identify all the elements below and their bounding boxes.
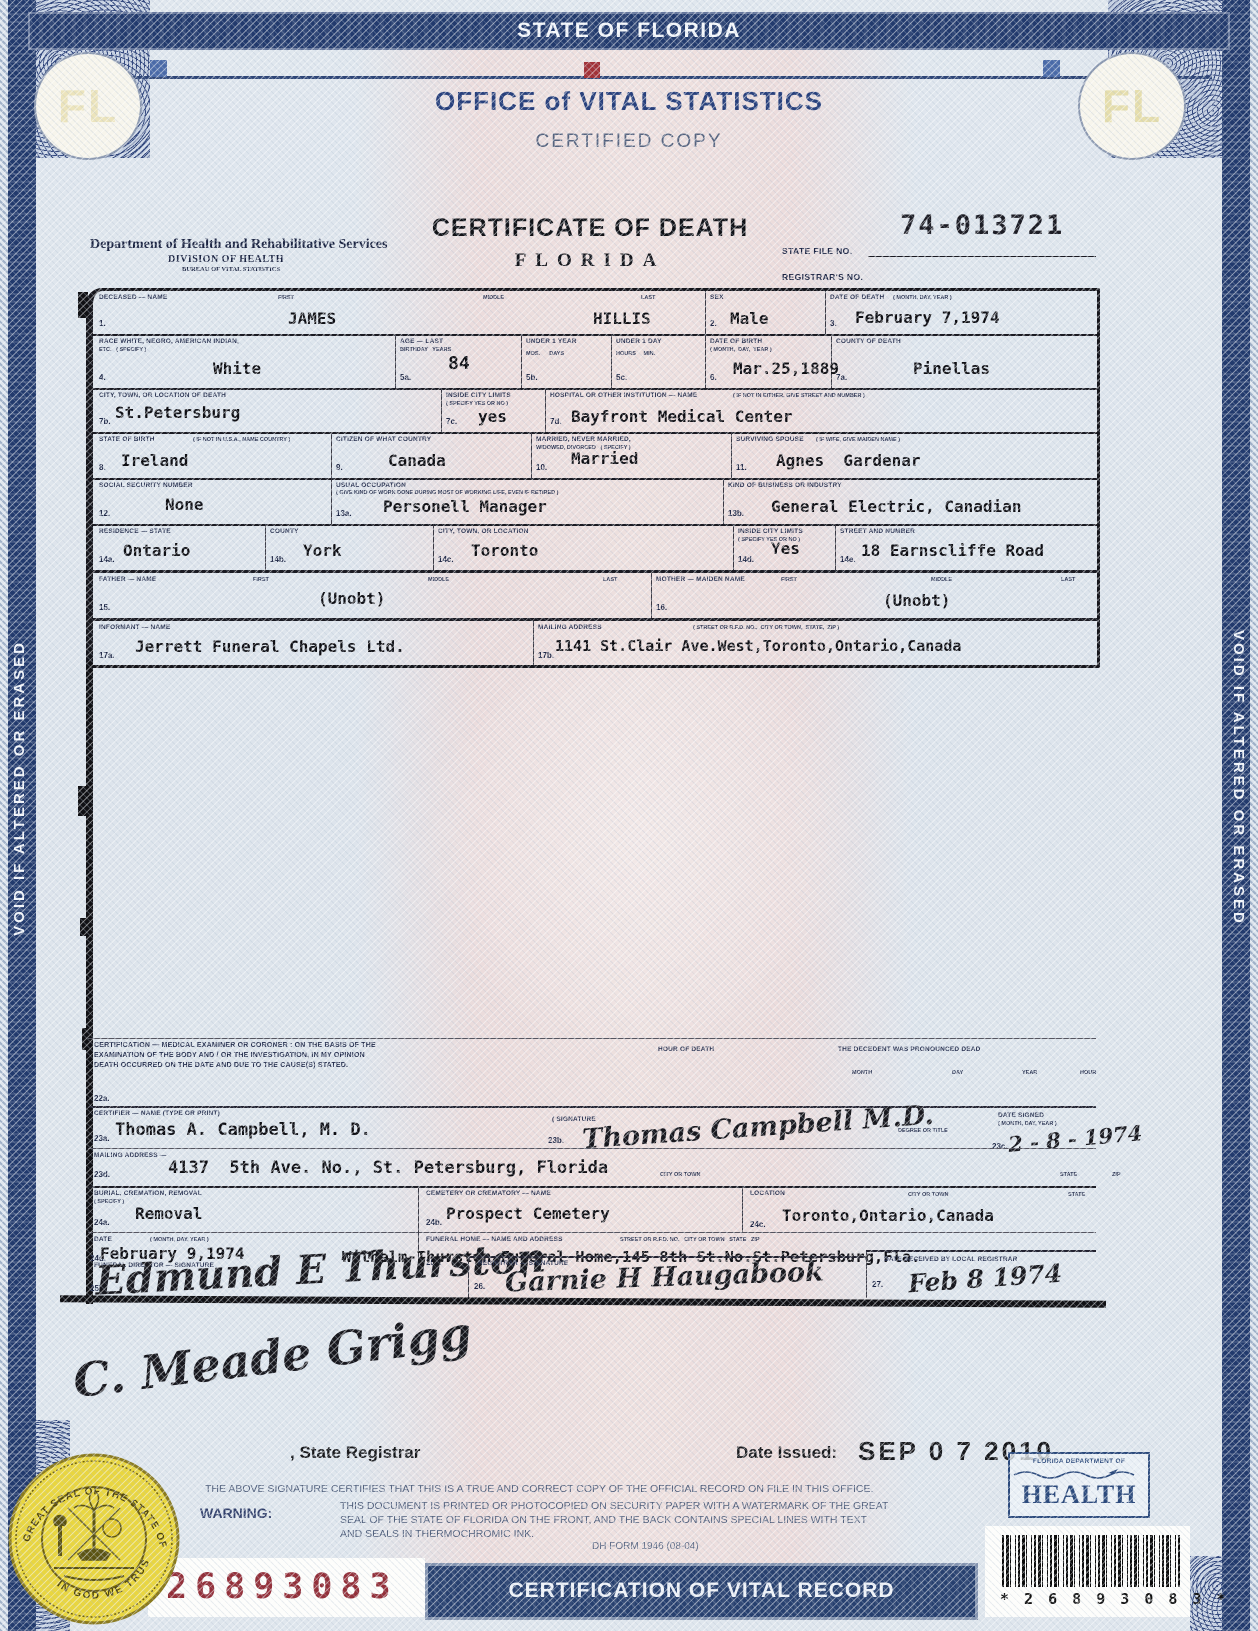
section-line <box>88 1148 1096 1149</box>
burial-date-label: DATE <box>94 1236 112 1243</box>
field-num: 23c. <box>992 1142 1008 1151</box>
field-num: 8. <box>99 463 106 472</box>
form-number: DH FORM 1946 (08-04) <box>592 1541 699 1552</box>
col-line <box>611 334 612 388</box>
field-num: 23a. <box>94 1134 110 1143</box>
row-line <box>93 570 1097 573</box>
residence-state-label: RESIDENCE — STATE <box>99 528 171 535</box>
industry-value: General Electric, Canadian <box>771 497 1021 516</box>
registrars-no-label: REGISTRAR'S NO. <box>782 272 863 282</box>
sex-label: SEX <box>710 294 724 301</box>
state-of-birth-label: STATE OF BIRTH <box>99 436 155 443</box>
bottom-banner: CERTIFICATION OF VITAL RECORD <box>425 1563 978 1620</box>
field-num: 26. <box>474 1282 485 1291</box>
col-line <box>705 291 706 334</box>
certification-label-1: CERTIFICATION — MEDICAL EXAMINER OR CORO… <box>94 1042 376 1049</box>
date-of-death-value: February 7,1974 <box>855 308 1000 327</box>
section-line <box>88 1232 1096 1233</box>
father-label: FATHER — NAME <box>99 576 156 583</box>
date-of-death-label: DATE OF DEATH <box>830 294 884 301</box>
cemetery-label: CEMETERY OR CREMATORY — NAME <box>426 1190 551 1197</box>
col-line <box>723 478 724 524</box>
field-num: 14e. <box>840 555 856 564</box>
race-label: RACE WHITE, NEGRO, AMERICAN INDIAN, <box>99 338 239 345</box>
health-logo-main-text: HEALTH <box>1010 1480 1148 1510</box>
field-num: 12. <box>99 509 110 518</box>
under-1-day-label: UNDER 1 DAY <box>616 338 662 345</box>
field-num: 24a. <box>94 1218 110 1227</box>
spouse-label: SURVIVING SPOUSE <box>736 436 804 443</box>
field-num: 2. <box>710 319 717 328</box>
deceased-first-value: JAMES <box>288 309 336 328</box>
sublabel: ( MONTH, DAY, YEAR ) <box>998 1121 1057 1127</box>
health-department-logo: FLORIDA DEPARTMENT OF HEALTH <box>1008 1452 1150 1518</box>
month-label: MONTH <box>852 1070 872 1076</box>
hospital-value: Bayfront Medical Center <box>571 407 793 426</box>
residence-state-value: Ontario <box>123 541 190 560</box>
mother-value: (Unobt) <box>883 591 950 610</box>
sublabel: MOS. DAYS <box>526 351 564 357</box>
section-line <box>88 1038 1096 1039</box>
occupation-value: Personell Manager <box>383 497 547 516</box>
col-line <box>265 524 266 570</box>
great-seal: GREAT SEAL OF THE STATE OF FLORIDA IN GO… <box>8 1448 180 1630</box>
street-value: 18 Earnscliffe Road <box>861 541 1044 560</box>
col-line <box>705 334 706 388</box>
warning-label: WARNING: <box>200 1505 272 1521</box>
section-line <box>88 1106 1096 1108</box>
scan-mark <box>78 292 88 318</box>
age-label: AGE — LAST <box>400 338 443 345</box>
barcode <box>1002 1535 1182 1587</box>
col-line <box>731 432 732 478</box>
icl-res-label: INSIDE CITY LIMITS <box>738 528 803 535</box>
department-line3: BUREAU OF VITAL STATISTICS <box>182 266 280 273</box>
spouse-value: Agnes Gardenar <box>776 451 921 470</box>
warning-line-3: AND SEALS IN THERMOCHROMIC INK. <box>340 1528 534 1540</box>
icl-res-value: Yes <box>771 539 800 558</box>
signature-label: ( SIGNATURE <box>552 1116 596 1123</box>
date-of-birth-value: Mar.25,1889 <box>733 359 839 378</box>
ssn-label: SOCIAL SECURITY NUMBER <box>99 482 193 489</box>
hour-label: HOUR <box>1080 1070 1096 1076</box>
sublabel: ( MONTH, DAY, YEAR ) <box>150 1237 209 1243</box>
sex-value: Male <box>730 309 769 328</box>
sub-last: LAST <box>641 295 655 301</box>
col-line <box>531 432 532 478</box>
section-line <box>88 1186 1096 1188</box>
county-of-death-value: Pinellas <box>913 359 990 378</box>
state-banner: STATE OF FLORIDA <box>28 12 1230 50</box>
certifier-mailing-value: 4137 5th Ave. No., St. Petersburg, Flori… <box>168 1158 608 1178</box>
year-label: YEAR <box>1022 1070 1037 1076</box>
sublabel: ( IF NOT IN EITHER, GIVE STREET AND NUMB… <box>733 393 865 399</box>
date-signed-label: DATE SIGNED <box>998 1112 1044 1119</box>
sublabel: ( IF NOT IN U.S.A., NAME COUNTRY ) <box>193 437 323 443</box>
red-square-center <box>584 62 600 78</box>
col-line <box>468 1256 469 1298</box>
field-num: 7b. <box>99 417 111 426</box>
scan-mark <box>80 918 89 936</box>
citizen-value: Canada <box>388 451 446 470</box>
field-num: 17b. <box>538 651 554 660</box>
date-received-label: DATE RECEIVED BY LOCAL REGISTRAR <box>884 1256 1018 1263</box>
county-of-death-label: COUNTY OF DEATH <box>836 338 901 345</box>
certifier-value: Thomas A. Campbell, M. D. <box>115 1120 371 1140</box>
row-line <box>93 478 1097 480</box>
sublabel: ( MONTH, DAY, YEAR ) <box>710 347 772 353</box>
state-of-birth-value: Ireland <box>121 451 188 470</box>
city-of-death-value: St.Petersburg <box>115 403 240 422</box>
col-line <box>835 524 836 570</box>
street-label: STREET AND NUMBER <box>840 528 915 535</box>
field-num: 22a. <box>94 1094 110 1103</box>
document-number: 26893083 <box>166 1567 399 1607</box>
death-certificate-document: VOID IF ALTERED OR ERASED VOID IF ALTERE… <box>0 0 1258 1631</box>
residence-city-label: CITY, TOWN, OR LOCATION <box>438 528 529 535</box>
col-line <box>825 291 826 334</box>
sublabel: ( STREET OR R.F.D. NO., CITY OR TOWN, ST… <box>693 625 839 631</box>
field-num: 14b. <box>270 555 286 564</box>
heavy-bottom-line <box>60 1295 1106 1307</box>
row-line <box>93 618 1097 621</box>
informant-mailing-label: MAILING ADDRESS <box>538 624 602 631</box>
field-num: 17a. <box>99 651 115 660</box>
residence-county-label: COUNTY <box>270 528 299 535</box>
scan-mark <box>82 1028 93 1050</box>
informant-value: Jerrett Funeral Chapels Ltd. <box>135 637 405 656</box>
field-num: 13b. <box>728 509 744 518</box>
hospital-label: HOSPITAL OR OTHER INSTITUTION — NAME <box>550 392 697 399</box>
void-text-left: VOID IF ALTERED OR ERASED <box>11 640 28 936</box>
certification-statement: THE ABOVE SIGNATURE CERTIFIES THAT THIS … <box>205 1483 873 1495</box>
date-issued-label: Date Issued: <box>736 1443 837 1463</box>
sublabel: ( MONTH, DAY, YEAR ) <box>893 295 952 301</box>
edge-hatch-right <box>1249 0 1258 1631</box>
residence-city-value: Toronto <box>471 541 538 560</box>
row-line <box>93 432 1097 434</box>
mother-label: MOTHER — MAIDEN NAME <box>656 576 745 583</box>
sub-middle: MIDDLE <box>483 295 504 301</box>
date-of-birth-label: DATE OF BIRTH <box>710 338 762 345</box>
field-num: 13a. <box>336 509 352 518</box>
col-line <box>545 388 546 432</box>
sublabel: HOURS MIN. <box>616 351 655 357</box>
under-1-year-label: UNDER 1 YEAR <box>526 338 577 345</box>
age-value: 84 <box>448 353 470 374</box>
bottom-banner-text: CERTIFICATION OF VITAL RECORD <box>425 1579 978 1603</box>
sublabel: ( SPECIFY ) <box>94 1199 124 1205</box>
row-line <box>93 524 1097 526</box>
field-num: 14d. <box>738 555 754 564</box>
city-or-town-label: CITY OR TOWN <box>908 1192 948 1198</box>
form-left-border <box>86 662 93 1304</box>
col-line <box>331 432 332 478</box>
blue-square-left <box>150 60 167 77</box>
health-logo-wave-icon <box>1012 1467 1146 1479</box>
col-line <box>521 334 522 388</box>
field-num: 14a. <box>99 555 115 564</box>
race-value: White <box>213 359 261 378</box>
field-num: 3. <box>830 319 837 328</box>
sublabel: BIRTHDAY YEARS <box>400 347 451 353</box>
field-num: 5a. <box>400 373 411 382</box>
father-value: (Unobt) <box>318 589 385 608</box>
field-num: 5c. <box>616 373 627 382</box>
field-num: 10. <box>536 463 547 472</box>
sub-first: FIRST <box>278 295 294 301</box>
marital-label: MARRIED, NEVER MARRIED, <box>536 436 631 443</box>
sublabel: ETC. ( SPECIFY ) <box>99 347 146 353</box>
field-num: 23b. <box>548 1136 564 1145</box>
hour-of-death-label: HOUR OF DEATH <box>658 1046 714 1053</box>
field-num: 27. <box>872 1280 883 1289</box>
day-label: DAY <box>952 1070 963 1076</box>
field-num: 15. <box>99 603 110 612</box>
field-num: 1. <box>99 319 106 328</box>
state-file-no-label: STATE FILE NO. <box>782 246 852 256</box>
zip-label: ZIP <box>1112 1172 1121 1178</box>
field-num: 16. <box>656 603 667 612</box>
form-grid: DECEASED — NAME FIRST MIDDLE LAST 1. JAM… <box>86 288 1100 668</box>
ssn-value: None <box>165 495 204 514</box>
col-line <box>533 621 534 665</box>
industry-label: KIND OF BUSINESS OR INDUSTRY <box>728 482 842 489</box>
department-line2: DIVISION OF HEALTH <box>168 254 284 265</box>
citizen-label: CITIZEN OF WHAT COUNTRY <box>336 436 431 443</box>
deceased-last-value: HILLIS <box>593 309 651 328</box>
certification-label-2: EXAMINATION OF THE BODY AND / OR THE INV… <box>94 1052 365 1059</box>
col-line <box>433 524 434 570</box>
informant-label: INFORMANT — NAME <box>99 624 170 631</box>
state-banner-text: STATE OF FLORIDA <box>28 19 1230 43</box>
certified-copy-label: CERTIFIED COPY <box>0 131 1258 153</box>
occupation-label: USUAL OCCUPATION <box>336 482 406 489</box>
col-line <box>331 478 332 524</box>
state-file-no-line <box>868 256 1096 257</box>
health-logo-top-text: FLORIDA DEPARTMENT OF <box>1010 1458 1148 1465</box>
col-line <box>742 1186 743 1232</box>
watermark-circle <box>420 620 860 1060</box>
burial-label: BURIAL, CREMATION, REMOVAL <box>94 1190 202 1197</box>
residence-county-value: York <box>303 541 342 560</box>
sub-middle: MIDDLE <box>931 577 952 583</box>
deceased-label: DECEASED — NAME <box>99 294 167 301</box>
col-line <box>418 1186 419 1232</box>
certifier-signature-script: Thomas Campbell M.D. <box>581 1100 934 1155</box>
barcode-text: * 2 6 8 9 3 0 8 3 * <box>1000 1590 1229 1608</box>
sublabel: STREET OR R.F.D. NO. CITY OR TOWN STATE … <box>620 1237 760 1243</box>
col-line <box>651 573 652 618</box>
burial-value: Removal <box>135 1204 202 1223</box>
field-num: 7a. <box>836 373 847 382</box>
sub-first: FIRST <box>781 577 797 583</box>
location-label: LOCATION <box>750 1190 785 1197</box>
col-line <box>733 524 734 570</box>
warning-line-2: SEAL OF THE STATE OF FLORIDA ON THE FRON… <box>340 1514 867 1526</box>
certifier-label: CERTIFIER — NAME (TYPE OR PRINT) <box>94 1110 220 1117</box>
certification-label-3: DEATH OCCURRED ON THE DATE AND DUE TO TH… <box>94 1062 348 1069</box>
pronounced-dead-label: THE DECEDENT WAS PRONOUNCED DEAD <box>838 1046 981 1053</box>
sub-last: LAST <box>1061 577 1075 583</box>
field-num: 23d. <box>94 1170 110 1179</box>
state-label: STATE <box>1068 1192 1085 1198</box>
col-line <box>441 388 442 432</box>
location-value: Toronto,Ontario,Canada <box>782 1206 994 1225</box>
sub-first: FIRST <box>253 577 269 583</box>
sublabel: ( GIVE KIND OF WORK DONE DURING MOST OF … <box>336 490 696 496</box>
city-of-death-label: CITY, TOWN, OR LOCATION OF DEATH <box>99 392 226 399</box>
col-line <box>395 334 396 388</box>
scan-mark <box>78 786 91 816</box>
field-num: 14c. <box>438 555 454 564</box>
header-rule <box>46 76 1212 79</box>
box-line <box>866 1250 1096 1252</box>
field-num: 7d. <box>550 417 562 426</box>
degree-or-title-label: DEGREE OR TITLE <box>898 1128 948 1134</box>
warning-line-1: THIS DOCUMENT IS PRINTED OR PHOTOCOPIED … <box>340 1500 888 1512</box>
office-title: OFFICE of VITAL STATISTICS <box>0 86 1258 117</box>
icl-death-label: INSIDE CITY LIMITS <box>446 392 511 399</box>
col-line <box>866 1250 867 1298</box>
sub-last: LAST <box>603 577 617 583</box>
city-or-town-label: CITY OR TOWN <box>660 1172 700 1178</box>
state-registrar-title: , State Registrar <box>290 1443 420 1463</box>
field-num: 11. <box>736 463 747 472</box>
field-num: 9. <box>336 463 343 472</box>
field-num: 24b. <box>426 1218 442 1227</box>
date-received-value: Feb 8 1974 <box>907 1259 1063 1299</box>
void-text-right: VOID IF ALTERED OR ERASED <box>1230 630 1247 926</box>
state-registrar-signature-script: C. Meade Grigg <box>70 1306 474 1408</box>
cemetery-value: Prospect Cemetery <box>446 1204 610 1223</box>
sub-middle: MIDDLE <box>428 577 449 583</box>
field-num: 24c. <box>750 1220 766 1229</box>
field-num: 5b. <box>526 373 538 382</box>
field-num: 4. <box>99 373 106 382</box>
informant-mailing-value: 1141 St.Clair Ave.West,Toronto,Ontario,C… <box>555 637 961 655</box>
row-line <box>93 388 1097 390</box>
certifier-mailing-label: MAILING ADDRESS — <box>94 1152 167 1159</box>
icl-death-value: yes <box>478 407 507 426</box>
blue-square-right <box>1043 60 1060 77</box>
state-file-number: 74-013721 <box>900 210 1064 241</box>
field-num: 6. <box>710 373 717 382</box>
state-label: STATE <box>1060 1172 1077 1178</box>
row-line <box>93 334 1097 336</box>
field-num: 7c. <box>446 417 457 426</box>
department-line1: Department of Health and Rehabilitative … <box>90 237 387 253</box>
marital-value: Married <box>571 449 638 468</box>
sublabel: ( IF WIFE, GIVE MAIDEN NAME ) <box>816 437 900 443</box>
